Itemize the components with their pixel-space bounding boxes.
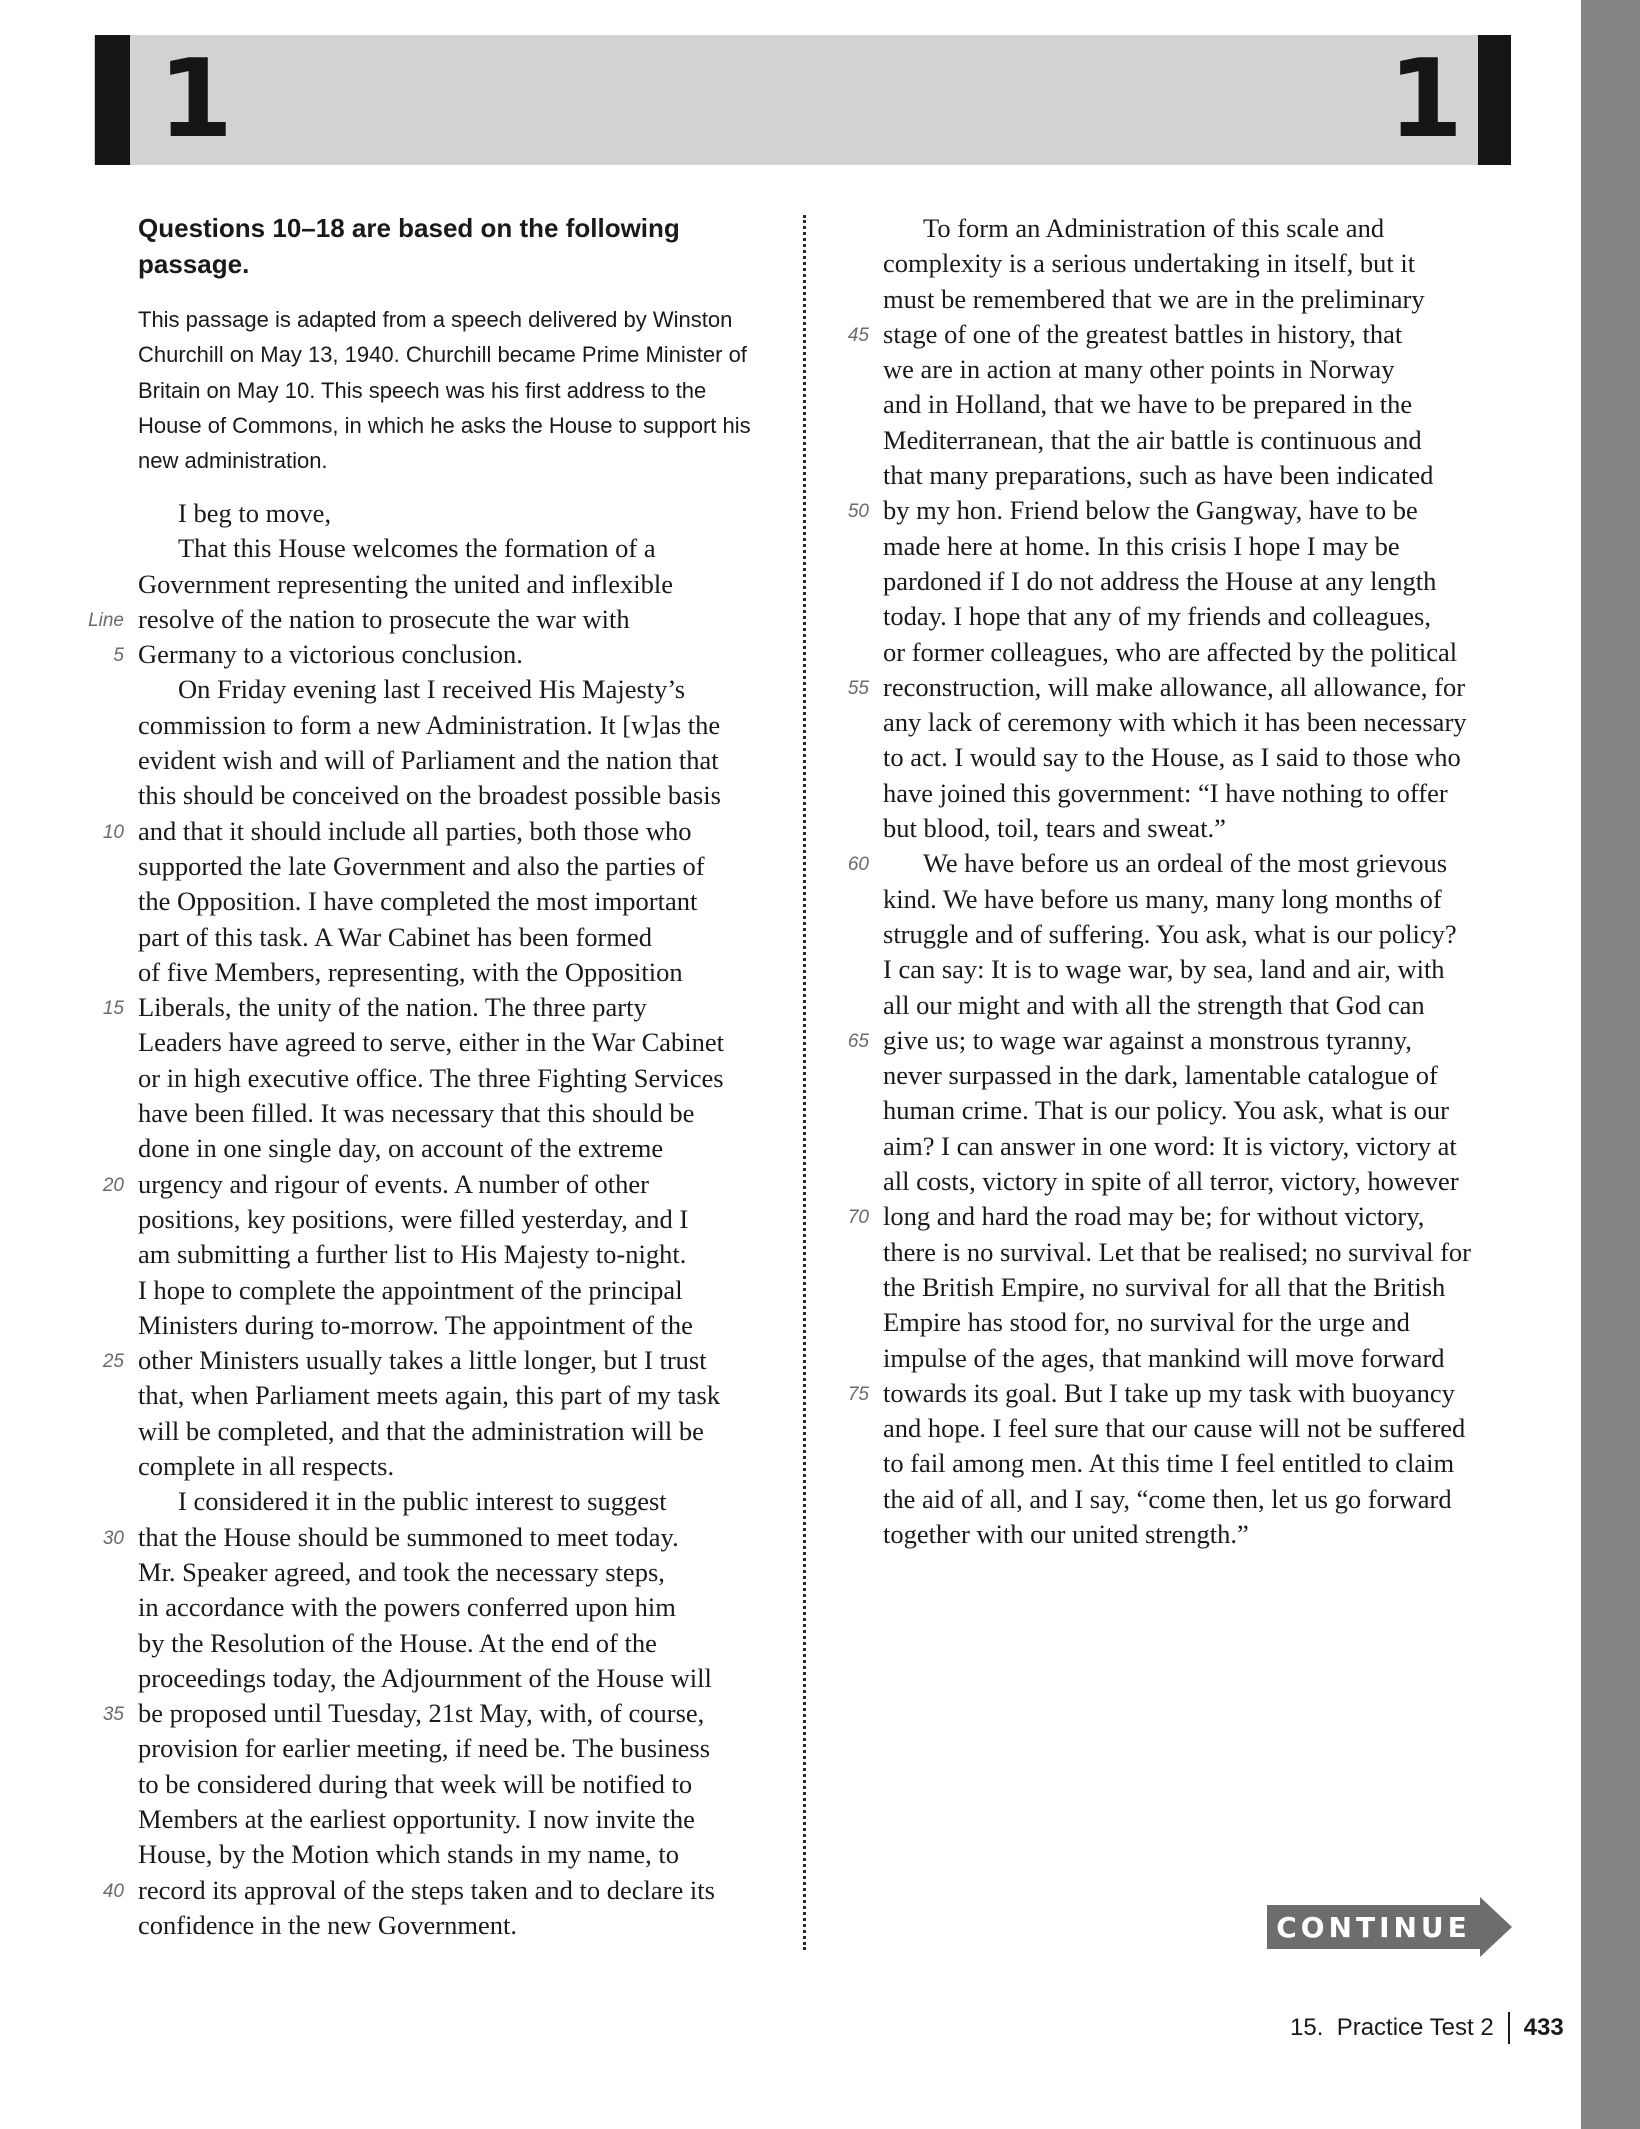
passage-line: supported the late Government and also t… (138, 849, 778, 884)
passage-line-text: all costs, victory in spite of all terro… (883, 1166, 1459, 1196)
passage-line: Empire has stood for, no survival for th… (883, 1305, 1523, 1340)
section-header-band (94, 35, 1510, 165)
passage-line: Lineresolve of the nation to prosecute t… (138, 602, 778, 637)
passage-line: complete in all respects. (138, 1449, 778, 1484)
section-number-right: 1 (1388, 40, 1463, 160)
passage-line: the Opposition. I have completed the mos… (138, 884, 778, 919)
passage-line: impulse of the ages, that mankind will m… (883, 1341, 1523, 1376)
passage-line-text: and in Holland, that we have to be prepa… (883, 389, 1412, 419)
passage-line: but blood, toil, tears and sweat.” (883, 811, 1523, 846)
passage-line-text: and that it should include all parties, … (138, 816, 691, 846)
passage-line-text: urgency and rigour of events. A number o… (138, 1169, 649, 1199)
passage-line-text: On Friday evening last I received His Ma… (138, 674, 685, 704)
passage-line-text: that the House should be summoned to mee… (138, 1522, 679, 1552)
section-header-bar-left (95, 35, 130, 165)
passage-line-text: have been filled. It was necessary that … (138, 1098, 694, 1128)
passage-line: I can say: It is to wage war, by sea, la… (883, 952, 1523, 987)
passage-line: to fail among men. At this time I feel e… (883, 1446, 1523, 1481)
passage-line: all costs, victory in spite of all terro… (883, 1164, 1523, 1199)
passage-line: kind. We have before us many, many long … (883, 882, 1523, 917)
passage-line-text: there is no survival. Let that be realis… (883, 1237, 1471, 1267)
passage-line: have joined this government: “I have not… (883, 776, 1523, 811)
page-footer: 15. Practice Test 2 433 (1290, 2010, 1564, 2046)
passage-line-text: the aid of all, and I say, “come then, l… (883, 1484, 1452, 1514)
passage-line: pardoned if I do not address the House a… (883, 564, 1523, 599)
passage-line-text: That this House welcomes the formation o… (138, 533, 656, 563)
line-number: 30 (103, 1521, 124, 1556)
passage-line-text: together with our united strength.” (883, 1519, 1249, 1549)
passage-line-text: or in high executive office. The three F… (138, 1063, 724, 1093)
passage-line-text: to fail among men. At this time I feel e… (883, 1448, 1454, 1478)
passage-line-text: or former colleagues, who are affected b… (883, 637, 1457, 667)
passage-line-text: To form an Administration of this scale … (883, 213, 1384, 243)
passage-line: today. I hope that any of my friends and… (883, 599, 1523, 634)
passage-line: commission to form a new Administration.… (138, 708, 778, 743)
passage-line-text: done in one single day, on account of th… (138, 1133, 663, 1163)
passage-line: part of this task. A War Cabinet has bee… (138, 920, 778, 955)
passage-line-text: part of this task. A War Cabinet has bee… (138, 922, 652, 952)
passage-line: Members at the earliest opportunity. I n… (138, 1802, 778, 1837)
section-header-bar-right (1478, 35, 1511, 165)
page-edge-tab (1581, 0, 1640, 2129)
passage-column-right: To form an Administration of this scale … (883, 211, 1523, 1552)
passage-line: done in one single day, on account of th… (138, 1131, 778, 1166)
passage-line-text: impulse of the ages, that mankind will m… (883, 1343, 1445, 1373)
passage-line-text: pardoned if I do not address the House a… (883, 566, 1436, 596)
passage-line-text: to act. I would say to the House, as I s… (883, 742, 1461, 772)
passage-line: Ministers during to-morrow. The appointm… (138, 1308, 778, 1343)
passage-line: human crime. That is our policy. You ask… (883, 1093, 1523, 1128)
passage-line-text: complete in all respects. (138, 1451, 394, 1481)
passage-line: complexity is a serious undertaking in i… (883, 246, 1523, 281)
passage-line: have been filled. It was necessary that … (138, 1096, 778, 1131)
passage-line-text: I can say: It is to wage war, by sea, la… (883, 954, 1445, 984)
passage-line-text: that many preparations, such as have bee… (883, 460, 1433, 490)
passage-line: provision for earlier meeting, if need b… (138, 1731, 778, 1766)
passage-line-text: the Opposition. I have completed the mos… (138, 886, 697, 916)
passage-line-text: by my hon. Friend below the Gangway, hav… (883, 495, 1418, 525)
passage-line-text: Liberals, the unity of the nation. The t… (138, 992, 647, 1022)
passage-line: of five Members, representing, with the … (138, 955, 778, 990)
passage-line: there is no survival. Let that be realis… (883, 1235, 1523, 1270)
passage-line-text: in accordance with the powers conferred … (138, 1592, 676, 1622)
passage-line-text: long and hard the road may be; for witho… (883, 1201, 1424, 1231)
chapter-label: 15. Practice Test 2 (1290, 2014, 1494, 2042)
line-number: Line (88, 603, 124, 638)
passage-line-text: any lack of ceremony with which it has b… (883, 707, 1467, 737)
passage-line-text: Members at the earliest opportunity. I n… (138, 1804, 695, 1834)
passage-line: am submitting a further list to His Maje… (138, 1237, 778, 1272)
passage-line-text: Germany to a victorious conclusion. (138, 639, 523, 669)
passage-line-text: evident wish and will of Parliament and … (138, 745, 719, 775)
passage-line: that, when Parliament meets again, this … (138, 1378, 778, 1413)
passage-line: struggle and of suffering. You ask, what… (883, 917, 1523, 952)
passage-line-text: Government representing the united and i… (138, 569, 673, 599)
passage-line: Government representing the united and i… (138, 567, 778, 602)
passage-line: 60We have before us an ordeal of the mos… (883, 846, 1523, 881)
passage-line: all our might and with all the strength … (883, 988, 1523, 1023)
passage-line: this should be conceived on the broadest… (138, 778, 778, 813)
passage-line-text: towards its goal. But I take up my task … (883, 1378, 1455, 1408)
passage-line-text: and hope. I feel sure that our cause wil… (883, 1413, 1465, 1443)
passage-line-text: commission to form a new Administration.… (138, 710, 720, 740)
passage-line-text: other Ministers usually takes a little l… (138, 1345, 707, 1375)
line-number: 65 (848, 1024, 869, 1059)
passage-line: Leaders have agreed to serve, either in … (138, 1025, 778, 1060)
passage-line-text: complexity is a serious undertaking in i… (883, 248, 1415, 278)
passage-line: 45stage of one of the greatest battles i… (883, 317, 1523, 352)
passage-line: made here at home. In this crisis I hope… (883, 529, 1523, 564)
passage-line-text: provision for earlier meeting, if need b… (138, 1733, 710, 1763)
passage-line: confidence in the new Government. (138, 1908, 778, 1943)
passage-line-text: supported the late Government and also t… (138, 851, 705, 881)
passage-line-text: this should be conceived on the broadest… (138, 780, 721, 810)
passage-line: positions, key positions, were filled ye… (138, 1202, 778, 1237)
passage-line-text: record its approval of the steps taken a… (138, 1875, 715, 1905)
passage-line: 20urgency and rigour of events. A number… (138, 1167, 778, 1202)
passage-line-text: resolve of the nation to prosecute the w… (138, 604, 630, 634)
passage-line: in accordance with the powers conferred … (138, 1590, 778, 1625)
passage-line: never surpassed in the dark, lamentable … (883, 1058, 1523, 1093)
line-number: 35 (103, 1697, 124, 1732)
line-number: 70 (848, 1200, 869, 1235)
passage-line: proceedings today, the Adjournment of th… (138, 1661, 778, 1696)
page-number: 433 (1524, 2014, 1564, 2042)
passage-line-text: have joined this government: “I have not… (883, 778, 1448, 808)
passage-line-text: Mr. Speaker agreed, and took the necessa… (138, 1557, 665, 1587)
passage-line: 30that the House should be summoned to m… (138, 1520, 778, 1555)
passage-line: 35be proposed until Tuesday, 21st May, w… (138, 1696, 778, 1731)
passage-line-text: Leaders have agreed to serve, either in … (138, 1027, 724, 1057)
passage-line-text: I considered it in the public interest t… (138, 1486, 667, 1516)
line-number: 40 (103, 1874, 124, 1909)
passage-line-text: aim? I can answer in one word: It is vic… (883, 1131, 1457, 1161)
passage-line-text: struggle and of suffering. You ask, what… (883, 919, 1457, 949)
passage-line-text: We have before us an ordeal of the most … (883, 848, 1447, 878)
passage-line-text: today. I hope that any of my friends and… (883, 601, 1431, 631)
passage-line-text: by the Resolution of the House. At the e… (138, 1628, 657, 1658)
passage-line: Mr. Speaker agreed, and took the necessa… (138, 1555, 778, 1590)
line-number: 50 (848, 494, 869, 529)
column-divider (803, 215, 806, 1950)
line-number: 10 (103, 815, 124, 850)
passage-line-text: positions, key positions, were filled ye… (138, 1204, 688, 1234)
passage-line: 50by my hon. Friend below the Gangway, h… (883, 493, 1523, 528)
passage-line: 55reconstruction, will make allowance, a… (883, 670, 1523, 705)
continue-label: CONTINUE (1267, 1905, 1480, 1949)
passage-line: to act. I would say to the House, as I s… (883, 740, 1523, 775)
line-number: 15 (103, 991, 124, 1026)
passage-line-text: never surpassed in the dark, lamentable … (883, 1060, 1438, 1090)
passage-line: will be completed, and that the administ… (138, 1414, 778, 1449)
passage-line: To form an Administration of this scale … (883, 211, 1523, 246)
passage-line: evident wish and will of Parliament and … (138, 743, 778, 778)
passage-line-text: I hope to complete the appointment of th… (138, 1275, 683, 1305)
passage-line: and hope. I feel sure that our cause wil… (883, 1411, 1523, 1446)
passage-line-text: human crime. That is our policy. You ask… (883, 1095, 1449, 1125)
passage-line: 40record its approval of the steps taken… (138, 1873, 778, 1908)
passage-questions-heading: Questions 10–18 are based on the followi… (138, 210, 758, 282)
passage-line: must be remembered that we are in the pr… (883, 282, 1523, 317)
passage-line: 70long and hard the road may be; for wit… (883, 1199, 1523, 1234)
passage-line-text: I beg to move, (138, 498, 331, 528)
passage-line: and in Holland, that we have to be prepa… (883, 387, 1523, 422)
passage-line-text: that, when Parliament meets again, this … (138, 1380, 720, 1410)
arrow-right-icon (1480, 1897, 1512, 1957)
footer-separator (1508, 2012, 1510, 2044)
line-number: 60 (848, 847, 869, 882)
passage-line: that many preparations, such as have bee… (883, 458, 1523, 493)
passage-line: 10and that it should include all parties… (138, 814, 778, 849)
passage-line-text: House, by the Motion which stands in my … (138, 1839, 679, 1869)
passage-line-text: give us; to wage war against a monstrous… (883, 1025, 1412, 1055)
passage-line-text: Ministers during to-morrow. The appointm… (138, 1310, 693, 1340)
passage-line-text: reconstruction, will make allowance, all… (883, 672, 1465, 702)
passage-line-text: Empire has stood for, no survival for th… (883, 1307, 1410, 1337)
passage-line: by the Resolution of the House. At the e… (138, 1626, 778, 1661)
passage-line-text: we are in action at many other points in… (883, 354, 1394, 384)
passage-line: I considered it in the public interest t… (138, 1484, 778, 1519)
passage-line-text: made here at home. In this crisis I hope… (883, 531, 1400, 561)
passage-line: the British Empire, no survival for all … (883, 1270, 1523, 1305)
passage-line: That this House welcomes the formation o… (138, 531, 778, 566)
passage-line-text: be proposed until Tuesday, 21st May, wit… (138, 1698, 704, 1728)
passage-line: to be considered during that week will b… (138, 1767, 778, 1802)
passage-line: any lack of ceremony with which it has b… (883, 705, 1523, 740)
passage-line-text: Mediterranean, that the air battle is co… (883, 425, 1422, 455)
passage-line-text: to be considered during that week will b… (138, 1769, 692, 1799)
passage-line-text: will be completed, and that the administ… (138, 1416, 704, 1446)
passage-line: House, by the Motion which stands in my … (138, 1837, 778, 1872)
passage-line-text: am submitting a further list to His Maje… (138, 1239, 686, 1269)
line-number: 45 (848, 318, 869, 353)
passage-line: 65give us; to wage war against a monstro… (883, 1023, 1523, 1058)
line-number: 20 (103, 1168, 124, 1203)
passage-line: the aid of all, and I say, “come then, l… (883, 1482, 1523, 1517)
passage-line-text: but blood, toil, tears and sweat.” (883, 813, 1226, 843)
line-number: 75 (848, 1377, 869, 1412)
passage-line-text: proceedings today, the Adjournment of th… (138, 1663, 712, 1693)
passage-line: 15Liberals, the unity of the nation. The… (138, 990, 778, 1025)
passage-line-text: kind. We have before us many, many long … (883, 884, 1442, 914)
passage-line: I beg to move, (138, 496, 778, 531)
passage-line: On Friday evening last I received His Ma… (138, 672, 778, 707)
passage-line-text: confidence in the new Government. (138, 1910, 517, 1940)
passage-line: 75towards its goal. But I take up my tas… (883, 1376, 1523, 1411)
passage-line: 5Germany to a victorious conclusion. (138, 637, 778, 672)
passage-line-text: stage of one of the greatest battles in … (883, 319, 1402, 349)
passage-line: 25other Ministers usually takes a little… (138, 1343, 778, 1378)
passage-line: together with our united strength.” (883, 1517, 1523, 1552)
passage-column-left: I beg to move,That this House welcomes t… (138, 496, 778, 1943)
line-number: 5 (113, 638, 124, 673)
passage-line: we are in action at many other points in… (883, 352, 1523, 387)
passage-line: or in high executive office. The three F… (138, 1061, 778, 1096)
passage-line-text: the British Empire, no survival for all … (883, 1272, 1445, 1302)
line-number: 55 (848, 671, 869, 706)
passage-line: Mediterranean, that the air battle is co… (883, 423, 1523, 458)
line-number: 25 (103, 1344, 124, 1379)
passage-line: or former colleagues, who are affected b… (883, 635, 1523, 670)
continue-button[interactable]: CONTINUE (1267, 1897, 1512, 1957)
passage-line-text: must be remembered that we are in the pr… (883, 284, 1425, 314)
passage-line-text: all our might and with all the strength … (883, 990, 1425, 1020)
passage-line: I hope to complete the appointment of th… (138, 1273, 778, 1308)
passage-introduction: This passage is adapted from a speech de… (138, 302, 758, 478)
section-number-left: 1 (158, 40, 233, 160)
passage-line: aim? I can answer in one word: It is vic… (883, 1129, 1523, 1164)
passage-line-text: of five Members, representing, with the … (138, 957, 683, 987)
